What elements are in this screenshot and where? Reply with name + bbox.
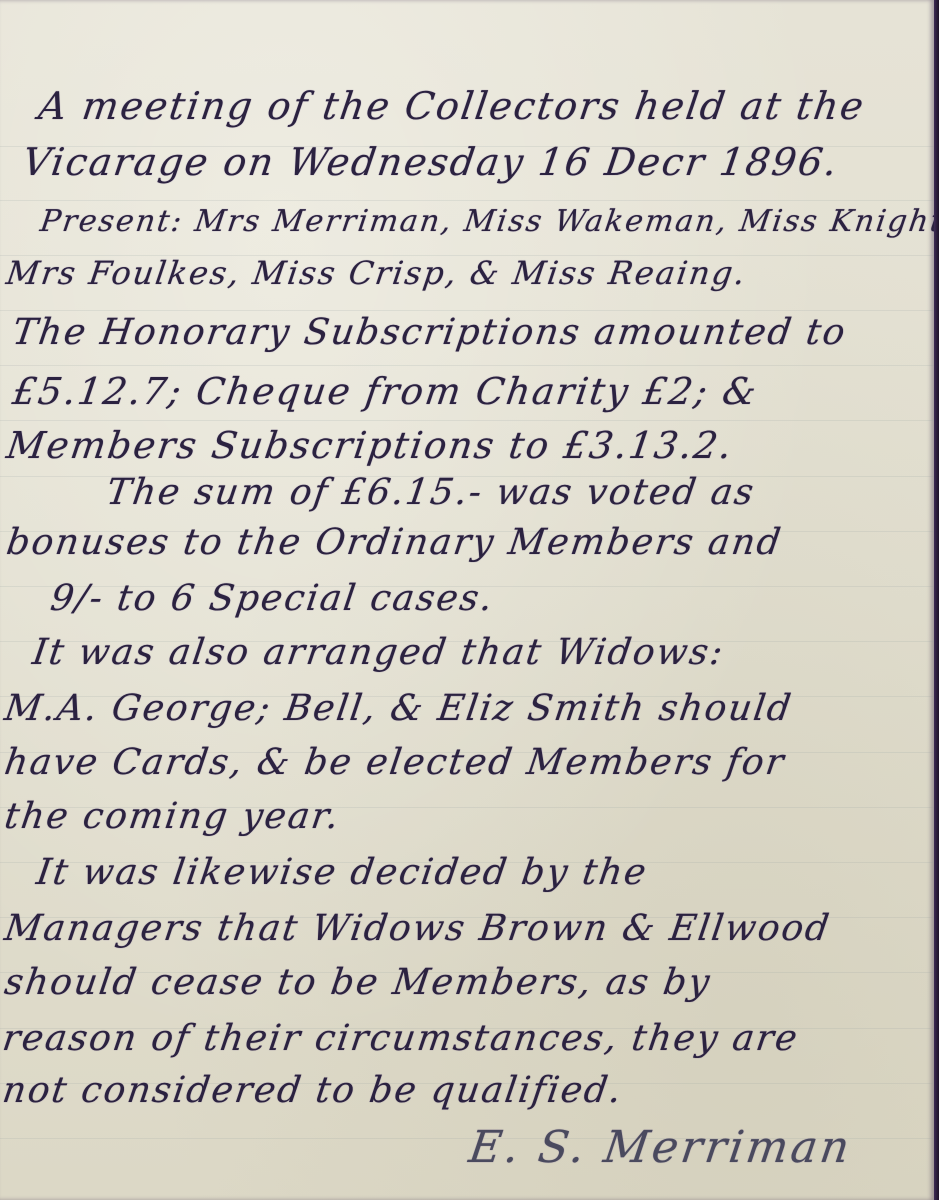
signature: E. S. Merriman: [466, 1122, 855, 1173]
handwritten-line: bonuses to the Ordinary Members and: [4, 522, 785, 563]
handwritten-line: The Honorary Subscriptions amounted to: [10, 312, 849, 353]
handwritten-line: A meeting of the Collectors held at the: [36, 84, 868, 128]
handwritten-line: Vicarage on Wednesday 16 Decr 1896.: [20, 140, 842, 184]
handwritten-line: the coming year.: [2, 796, 343, 837]
handwritten-line: M.A. George; Bell, & Eliz Smith should: [2, 688, 795, 729]
handwritten-line: Members Subscriptions to £3.13.2.: [4, 424, 736, 467]
handwritten-line: £5.12.7; Cheque from Charity £2; &: [10, 370, 761, 413]
handwritten-line: It was likewise decided by the: [34, 852, 650, 893]
handwritten-line: should cease to be Members, as by: [2, 962, 714, 1003]
handwritten-line: The sum of £6.15.- was voted as: [104, 472, 758, 513]
ruled-line: [0, 200, 934, 201]
ruled-line: [0, 310, 934, 311]
ruled-line: [0, 420, 934, 421]
handwritten-line: 9/- to 6 Special cases.: [48, 578, 497, 619]
handwritten-line: Mrs Foulkes, Miss Crisp, & Miss Reaing.: [4, 254, 749, 292]
handwritten-line: not considered to be qualified.: [0, 1070, 626, 1111]
ruled-line: [0, 365, 934, 366]
page-edge: [934, 0, 939, 1200]
handwritten-line: have Cards, & be elected Members for: [2, 742, 788, 783]
handwritten-line: reason of their circumstances, they are: [0, 1018, 802, 1059]
handwritten-line: Managers that Widows Brown & Ellwood: [2, 908, 833, 949]
manuscript-page: A meeting of the Collectors held at the …: [0, 0, 934, 1200]
handwritten-line: It was also arranged that Widows:: [30, 632, 727, 673]
handwritten-line: Present: Mrs Merriman, Miss Wakeman, Mis…: [38, 204, 939, 239]
